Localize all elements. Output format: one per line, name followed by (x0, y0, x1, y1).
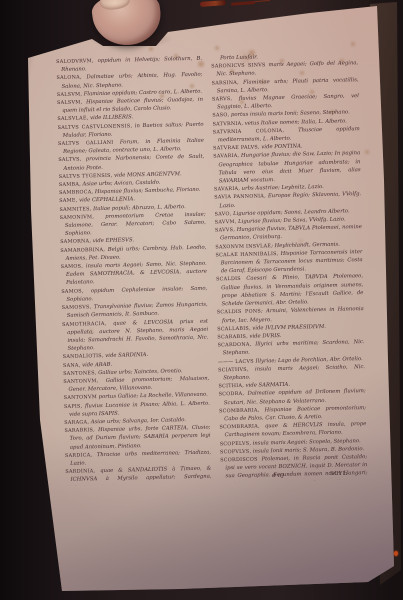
signature-mark: d iij (272, 473, 284, 479)
text-block: SALODVRVM, oppidum in Helvetijs; Solothu… (56, 51, 368, 486)
index-entry: SAVARIA, Hungariae fluvius; die Saw, Laz… (213, 150, 361, 186)
index-entry: SAMOS, insula maris Aegaei; Samo, Nic. S… (61, 260, 208, 288)
left-column: SALODVRVM, oppidum in Helvetijs; Solothu… (56, 55, 212, 486)
red-edge-marks (200, 0, 226, 7)
foxing-stains (0, 0, 2, 2)
index-entry: SCALDIS Caesari & Plinio, TABVDA Ptolema… (216, 273, 364, 309)
orange-edge-dot (394, 551, 398, 556)
index-entry: SARABRIS, Hispaniae urbs, forte CARTEIA,… (64, 424, 211, 452)
catchword: SCYL- (330, 471, 349, 477)
index-entry: SAMOTHRACIA, quae & LEVCOSIA prius est a… (62, 317, 209, 353)
photo-background: SALODVRVM, oppidum in Helvetijs; Solothu… (0, 0, 403, 600)
index-entry: SARDINIA, quae & SANDALIOTIS à Timaeo, &… (65, 465, 212, 486)
fingernail (99, 0, 131, 11)
index-entry: SAMONIVM, promontorium Cretae insulae; S… (60, 211, 207, 239)
index-entry: SCALAE HANNIBALIS, Hispaniae Tarraconens… (215, 248, 363, 276)
right-column: Porto Luisfair.SARONICVS SINVS maris Aeg… (211, 51, 368, 482)
